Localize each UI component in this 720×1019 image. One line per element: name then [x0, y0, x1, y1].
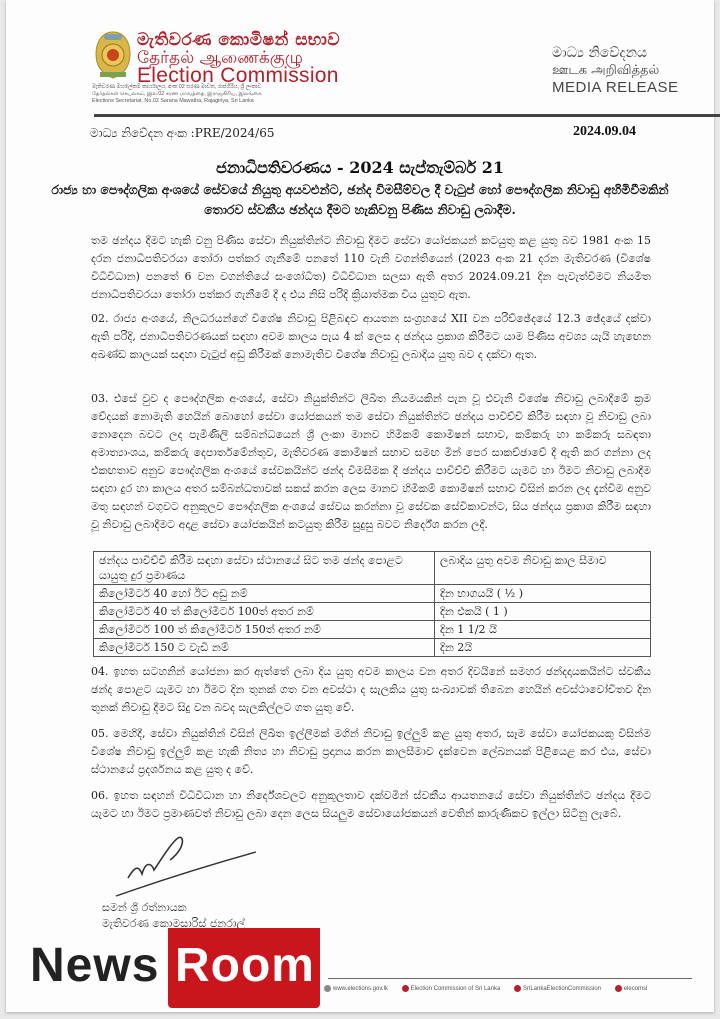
media-release-sinhala: මාධ්‍ය නිවේදනය — [552, 45, 647, 61]
paragraph-03: 03. එසේ වුව ද පෞද්ගලික අංශයේ, සේවා නියුක… — [91, 390, 651, 534]
footer-facebook[interactable]: SriLankaElectionCommission — [514, 986, 601, 992]
national-emblem-icon — [94, 30, 132, 80]
table-cell-distance: කිලෝමීටර් 100 ත් කිලෝමීටර් 150ත් අතර නම් — [94, 621, 435, 639]
table-row: කිලෝමීටර් 40 ත් කිලෝමීටර් 100ත් අතර නම් … — [94, 603, 651, 621]
table-cell-distance: කිලෝමීටර් 150 ට වැඩි නම් — [94, 639, 435, 657]
table-header-row: ඡන්දය පාවිච්චි කිරීම සඳහා සේවා ස්ථානයේ ස… — [94, 552, 651, 585]
signature-icon — [106, 830, 266, 900]
footer-website[interactable]: www.elections.gov.lk — [324, 986, 388, 992]
table-row: කිලෝමීටර් 40 හෝ ඊට අඩු නම් දින භාගයයි ( … — [94, 585, 651, 603]
footer-instagram[interactable]: Election Commission of Sri Lanka — [402, 986, 501, 992]
letterhead: මැතිවරණ කොමිෂන් සභාව தேர்தல் ஆணைக்குழு E… — [6, 0, 714, 115]
paragraph-06: 06. ඉහත සඳහන් විධිවිධාන හා නිර්දේශවලට අන… — [91, 787, 651, 823]
address-english: Elections Secretariat, No.02 Sarana Mawa… — [92, 98, 307, 105]
table-cell-leave: දින භාගයයි ( ½ ) — [435, 585, 651, 603]
paragraph-05: 05. මෙහිදී, සේවා නියුක්තින් විසින් ලිඛිත… — [91, 725, 651, 779]
paragraph-02: 02. රාජ්‍ය අංශයේ, නිලධරයන්ගේ විශේෂ නිවාඩ… — [91, 310, 651, 364]
address-tamil: தேர்தல்கள் செயலகம், இல.02 சரண மாவத்தை, இ… — [92, 91, 307, 98]
header-divider — [94, 114, 720, 117]
paragraph-intro: තම ඡන්දය දීමට හැකි වනු පිණිස සේවා නියුක්… — [91, 232, 651, 304]
reference-date: 2024.09.04 — [573, 124, 636, 140]
table-cell-distance: කිලෝමීටර් 40 හෝ ඊට අඩු නම් — [94, 585, 435, 603]
media-release-tamil: ஊடக அறிவித்தல் — [552, 63, 659, 79]
table-cell-leave: දින 1 1/2 යි — [435, 621, 651, 639]
leave-distance-table: ඡන්දය පාවිච්චි කිරීම සඳහා සේවා ස්ථානයේ ස… — [93, 551, 651, 657]
instagram-icon — [402, 985, 409, 992]
org-name-sinhala: මැතිවරණ කොමිෂන් සභාව — [137, 30, 340, 50]
media-release-english: MEDIA RELEASE — [552, 79, 679, 96]
table-cell-leave: දින 2යි — [435, 639, 651, 657]
footer-twitter[interactable]: elecomsl — [615, 986, 648, 992]
signatory-name: සමන් ශ්‍රී රත්නායක — [102, 901, 187, 915]
newsroom-logo-room: Room — [175, 938, 315, 993]
table-header-distance: ඡන්දය පාවිච්චි කිරීම සඳහා සේවා ස්ථානයේ ස… — [94, 552, 435, 585]
table-row: කිලෝමීටර් 100 ත් කිලෝමීටර් 150ත් අතර නම්… — [94, 621, 651, 639]
newsroom-logo-news: News — [30, 938, 159, 993]
document-page: මැතිවරණ කොමිෂන් සභාව தேர்தல் ஆணைக்குழு E… — [6, 0, 714, 1012]
footer-divider — [328, 978, 692, 979]
reference-number: මාධ්‍ය නිවේදන අංක :PRE/2024/65 — [90, 126, 274, 141]
address-block: මැතිවරණ මහලේකම් කාර්යාලය, අංක 02 සරණ මාව… — [92, 84, 307, 105]
twitter-icon — [615, 985, 622, 992]
facebook-icon — [514, 985, 521, 992]
table-cell-leave: දින එකයි ( 1 ) — [435, 603, 651, 621]
table-row: කිලෝමීටර් 150 ට වැඩි නම් දින 2යි — [94, 639, 651, 657]
globe-icon — [324, 985, 331, 992]
paragraph-04: 04. ඉහත සටහනින් යෝජනා කර ඇත්තේ ලබා දිය ය… — [91, 663, 651, 717]
table-cell-distance: කිලෝමීටර් 40 ත් කිලෝමීටර් 100ත් අතර නම් — [94, 603, 435, 621]
table-header-leave: ලබාදිය යුතු අවම නිවාඩු කාල සීමාව — [435, 552, 651, 585]
address-sinhala: මැතිවරණ මහලේකම් කාර්යාලය, අංක 02 සරණ මාව… — [92, 84, 307, 91]
footer-contacts: www.elections.gov.lk Election Commission… — [324, 985, 659, 992]
document-title: ජනාධිපතිවරණය - 2024 සැප්තැම්බර් 21 — [6, 158, 714, 178]
document-subtitle: රාජ්‍ය හා පෞද්ගලික අංශයේ සේවයේ නියුතු අය… — [46, 180, 674, 220]
